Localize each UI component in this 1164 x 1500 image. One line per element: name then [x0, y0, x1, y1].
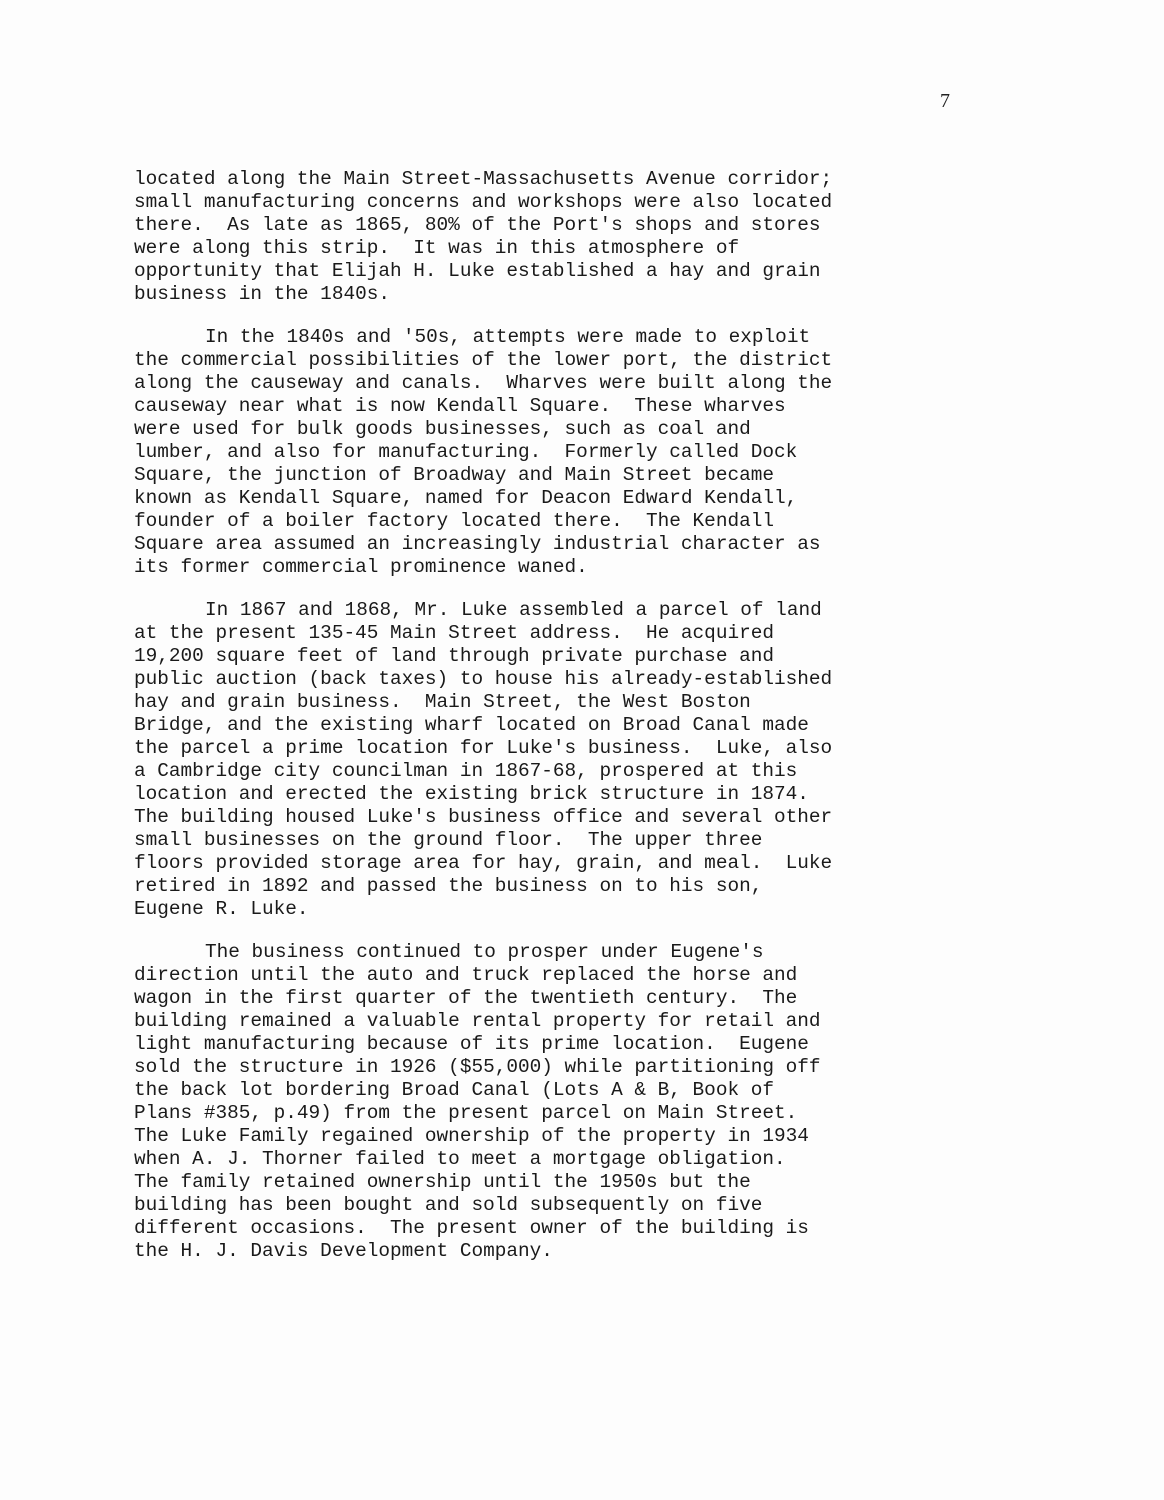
text-line: small manufacturing concerns and worksho… — [134, 191, 964, 214]
text-line: a Cambridge city councilman in 1867-68, … — [134, 760, 964, 783]
text-line: In 1867 and 1868, Mr. Luke assembled a p… — [134, 599, 964, 622]
paragraph: located along the Main Street-Massachuse… — [134, 168, 964, 306]
text-line: known as Kendall Square, named for Deaco… — [134, 487, 964, 510]
text-line: retired in 1892 and passed the business … — [134, 875, 964, 898]
text-line: The family retained ownership until the … — [134, 1171, 964, 1194]
page-number: 7 — [940, 90, 950, 113]
text-line: Plans #385, p.49) from the present parce… — [134, 1102, 964, 1125]
text-line: at the present 135-45 Main Street addres… — [134, 622, 964, 645]
paragraph: In 1867 and 1868, Mr. Luke assembled a p… — [134, 599, 964, 921]
text-line: In the 1840s and '50s, attempts were mad… — [134, 326, 964, 349]
text-line: light manufacturing because of its prime… — [134, 1033, 964, 1056]
text-line: its former commercial prominence waned. — [134, 556, 964, 579]
document-page: 7 located along the Main Street-Massachu… — [0, 0, 1164, 1500]
text-line: were along this strip. It was in this at… — [134, 237, 964, 260]
text-line: the commercial possibilities of the lowe… — [134, 349, 964, 372]
text-line: Square area assumed an increasingly indu… — [134, 533, 964, 556]
text-line: lumber, and also for manufacturing. Form… — [134, 441, 964, 464]
text-line: were used for bulk goods businesses, suc… — [134, 418, 964, 441]
text-line: there. As late as 1865, 80% of the Port'… — [134, 214, 964, 237]
text-line: when A. J. Thorner failed to meet a mort… — [134, 1148, 964, 1171]
text-line: building remained a valuable rental prop… — [134, 1010, 964, 1033]
text-line: opportunity that Elijah H. Luke establis… — [134, 260, 964, 283]
text-line: direction until the auto and truck repla… — [134, 964, 964, 987]
text-line: sold the structure in 1926 ($55,000) whi… — [134, 1056, 964, 1079]
text-line: Square, the junction of Broadway and Mai… — [134, 464, 964, 487]
text-line: The Luke Family regained ownership of th… — [134, 1125, 964, 1148]
text-line: floors provided storage area for hay, gr… — [134, 852, 964, 875]
text-line: building has been bought and sold subseq… — [134, 1194, 964, 1217]
text-line: public auction (back taxes) to house his… — [134, 668, 964, 691]
body-text: located along the Main Street-Massachuse… — [134, 168, 964, 1283]
text-line: hay and grain business. Main Street, the… — [134, 691, 964, 714]
text-line: The business continued to prosper under … — [134, 941, 964, 964]
text-line: the back lot bordering Broad Canal (Lots… — [134, 1079, 964, 1102]
paragraph: In the 1840s and '50s, attempts were mad… — [134, 326, 964, 579]
text-line: different occasions. The present owner o… — [134, 1217, 964, 1240]
text-line: located along the Main Street-Massachuse… — [134, 168, 964, 191]
text-line: 19,200 square feet of land through priva… — [134, 645, 964, 668]
text-line: the H. J. Davis Development Company. — [134, 1240, 964, 1263]
paragraph: The business continued to prosper under … — [134, 941, 964, 1263]
text-line: location and erected the existing brick … — [134, 783, 964, 806]
text-line: The building housed Luke's business offi… — [134, 806, 964, 829]
text-line: founder of a boiler factory located ther… — [134, 510, 964, 533]
text-line: small businesses on the ground floor. Th… — [134, 829, 964, 852]
text-line: business in the 1840s. — [134, 283, 964, 306]
text-line: Eugene R. Luke. — [134, 898, 964, 921]
text-line: along the causeway and canals. Wharves w… — [134, 372, 964, 395]
text-line: causeway near what is now Kendall Square… — [134, 395, 964, 418]
text-line: the parcel a prime location for Luke's b… — [134, 737, 964, 760]
text-line: wagon in the first quarter of the twenti… — [134, 987, 964, 1010]
text-line: Bridge, and the existing wharf located o… — [134, 714, 964, 737]
